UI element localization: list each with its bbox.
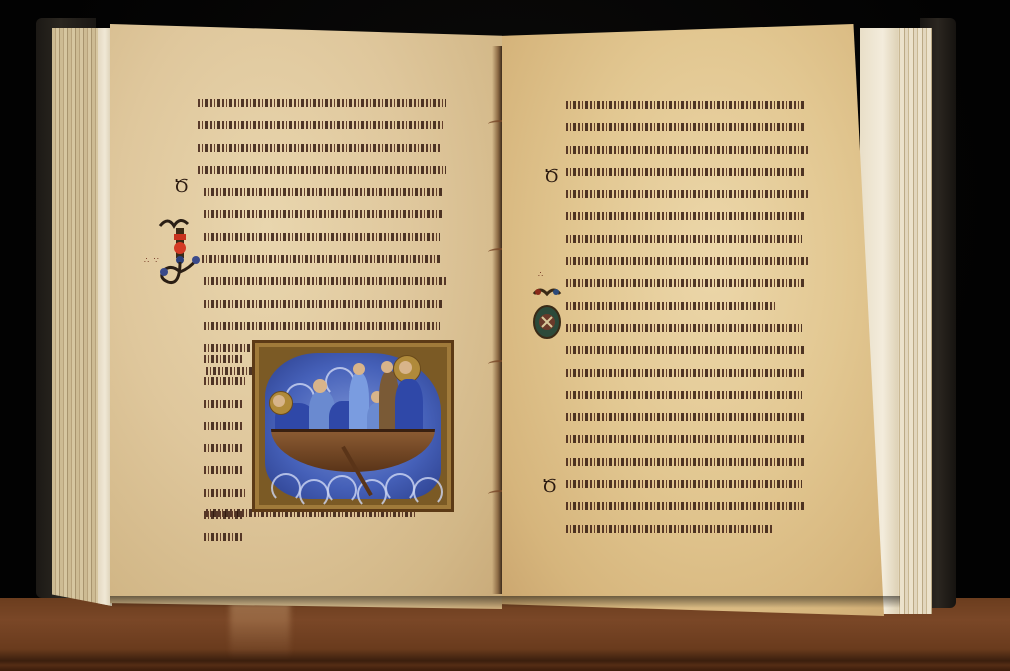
text-line — [566, 165, 806, 179]
text-line — [198, 118, 444, 132]
marginal-annotation: ∴ ∵ — [144, 256, 160, 265]
decorated-roundel-right — [530, 286, 564, 342]
text-line — [204, 352, 244, 366]
text-line — [566, 276, 806, 290]
text-line — [566, 98, 806, 112]
rubric-letter-right-bottom: Ծ — [542, 476, 557, 497]
text-line — [202, 252, 442, 266]
text-line — [204, 441, 244, 455]
right-text-block — [566, 98, 816, 544]
text-line — [566, 455, 804, 469]
text-line — [566, 477, 802, 491]
text-line — [566, 388, 802, 402]
text-line — [204, 319, 440, 333]
text-line — [204, 374, 246, 388]
text-line — [566, 187, 810, 201]
text-line — [566, 410, 804, 424]
text-line — [204, 297, 444, 311]
text-line — [204, 463, 242, 477]
text-line — [566, 232, 802, 246]
text-line — [204, 207, 442, 221]
text-line — [204, 397, 244, 411]
text-line — [566, 343, 804, 357]
text-line — [204, 486, 246, 500]
text-line — [566, 143, 808, 157]
text-line — [566, 254, 808, 268]
figure — [349, 373, 369, 437]
miniature-boat-scene — [252, 340, 454, 512]
page-shadow — [110, 596, 900, 608]
text-line — [566, 366, 806, 380]
shelf-reflection — [230, 600, 290, 660]
rubric-letter-left: Ծ — [174, 176, 189, 197]
text-line — [566, 522, 772, 536]
text-line — [566, 432, 806, 446]
text-line — [198, 96, 446, 110]
page-edges-left — [52, 28, 112, 606]
text-line — [566, 321, 802, 335]
rubric-letter-right-top: Ծ — [544, 166, 559, 187]
text-line — [204, 419, 242, 433]
text-line — [566, 299, 776, 313]
text-line — [566, 120, 804, 134]
text-line — [566, 209, 804, 223]
text-line — [204, 530, 242, 544]
text-line — [204, 230, 440, 244]
text-line — [204, 274, 448, 288]
decorated-initial-left — [154, 212, 206, 290]
text-line — [198, 163, 446, 177]
text-line — [566, 499, 804, 513]
marginal-annotation: ∴ — [538, 270, 544, 279]
text-line — [198, 141, 442, 155]
text-line — [204, 185, 444, 199]
